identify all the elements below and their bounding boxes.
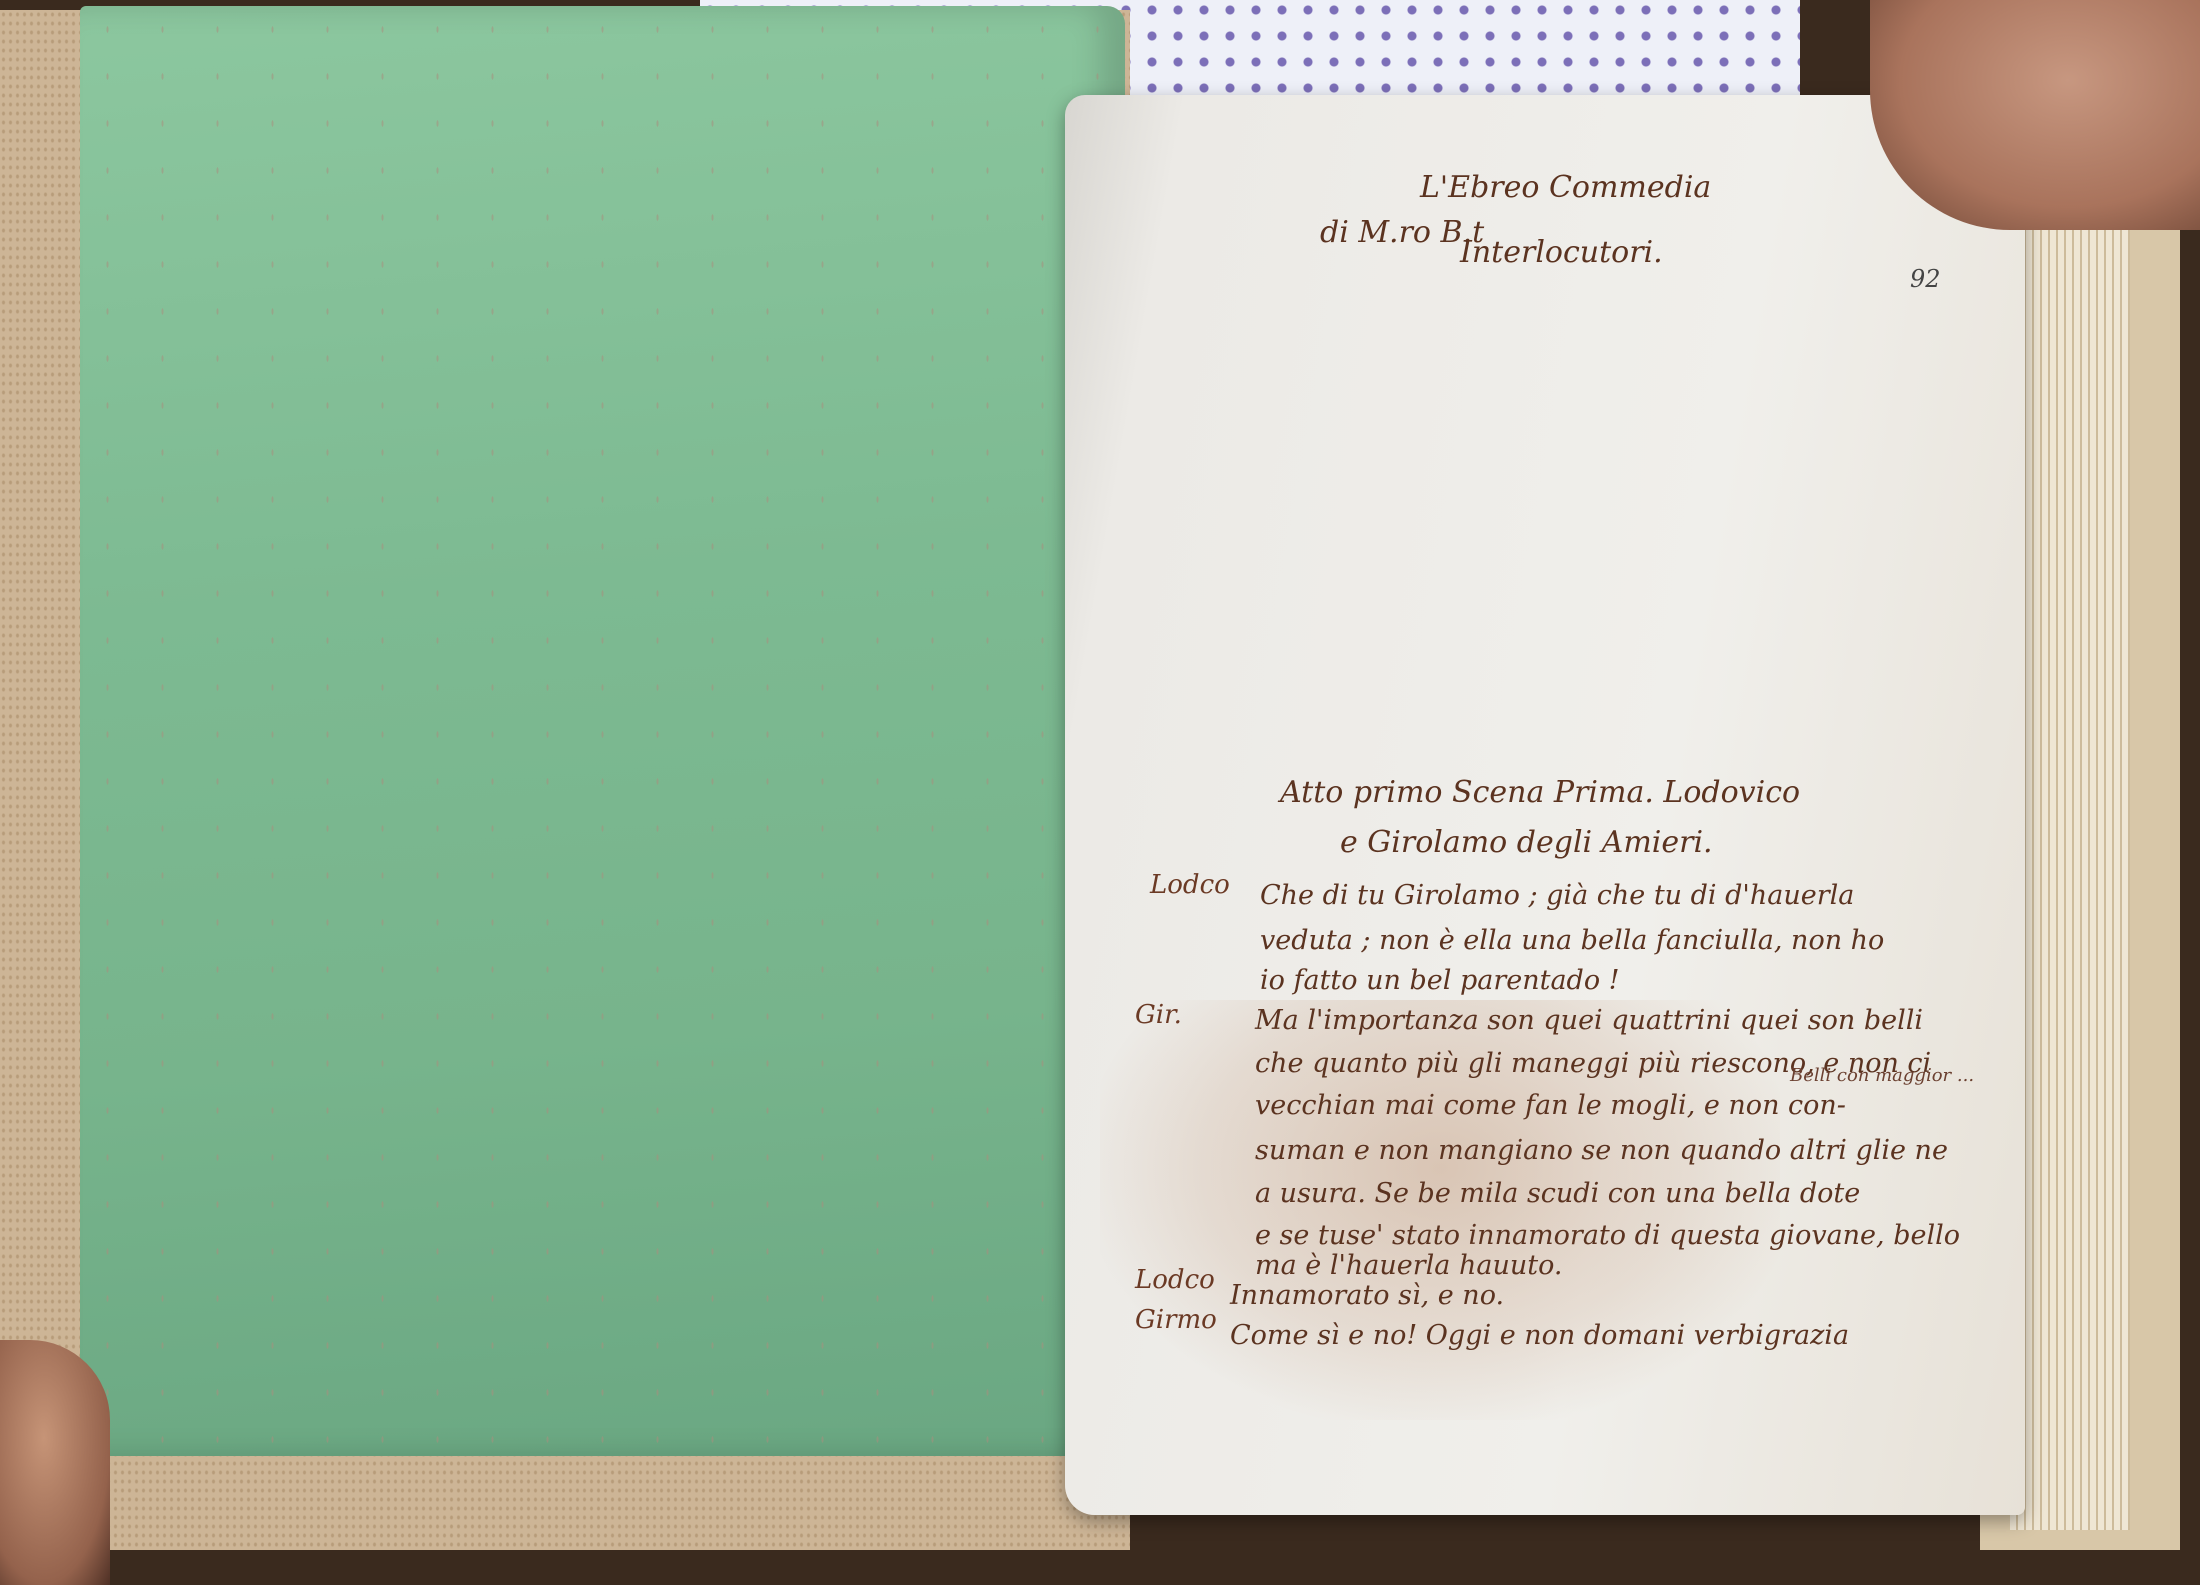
text-line: io fatto un bel parentado ! [1260,965,1620,996]
speaker-label: Gir. [1135,1000,1182,1030]
text-line: vecchian mai come fan le mogli, e non co… [1255,1090,1846,1121]
text-line: Innamorato sì, e no. [1230,1280,1504,1311]
scene-heading-1: Atto primo Scena Prima. Lodovico [1280,775,1800,810]
green-endpaper [80,6,1125,1456]
text-line: Che di tu Girolamo ; già che tu di d'hau… [1260,880,1854,911]
margin-note: Belli con maggior ... [1790,1065,1974,1086]
text-line: e se tuse' stato innamorato di questa gi… [1255,1220,1960,1251]
text-line: ma è l'hauerla hauuto. [1255,1250,1562,1281]
speaker-label: Lodco [1135,1265,1215,1295]
hand-holding-page [1870,0,2200,230]
speaker-label: Girmo [1135,1305,1217,1335]
folio-number: 92 [1910,265,1941,293]
text-line: suman e non mangiano se non quando altri… [1255,1135,1948,1166]
header-line-2b: Interlocutori. [1460,235,1663,270]
header-line-1: L'Ebreo Commedia [1420,170,1711,205]
text-line: a usura. Se be mila scudi con una bella … [1255,1178,1860,1209]
text-line: Come sì e no! Oggi e non domani verbigra… [1230,1320,1849,1351]
speaker-label: Lodco [1150,870,1230,900]
scene-heading-2: e Girolamo degli Amieri. [1340,825,1713,860]
page-edges [2010,180,2130,1530]
text-line: Ma l'importanza son quei quattrini quei … [1255,1005,1923,1036]
text-line: veduta ; non è ella una bella fanciulla,… [1260,925,1884,956]
hand-holding-cover [0,1340,110,1585]
